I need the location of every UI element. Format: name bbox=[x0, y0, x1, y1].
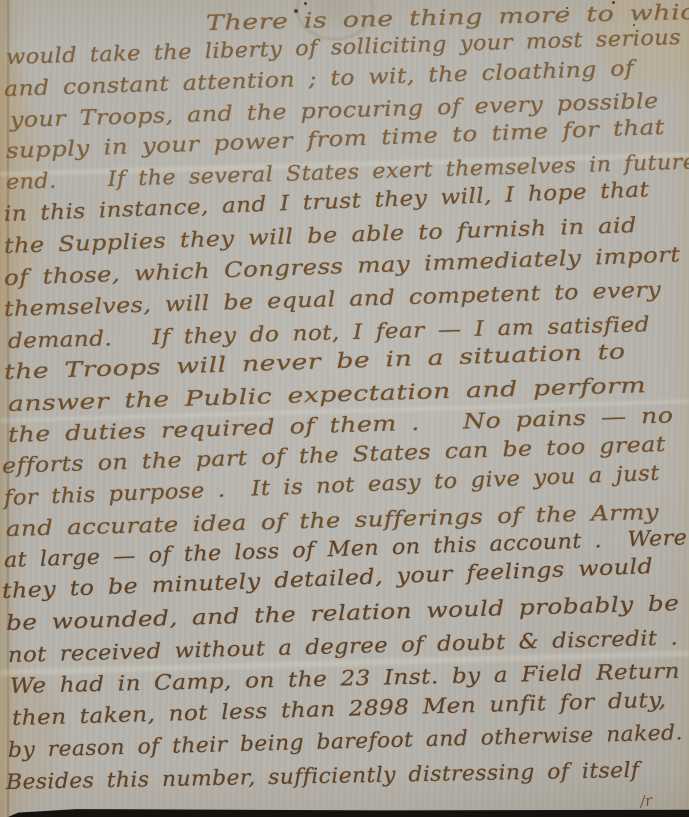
manuscript-line: Besides this number, sufficiently distre… bbox=[6, 757, 640, 795]
insertion-mark: ∕r bbox=[639, 791, 654, 811]
scan-edge-shadow bbox=[8, 806, 689, 817]
manuscript-scan: There is one thing more to which I would… bbox=[0, 0, 689, 817]
ink-speck bbox=[304, 2, 307, 5]
